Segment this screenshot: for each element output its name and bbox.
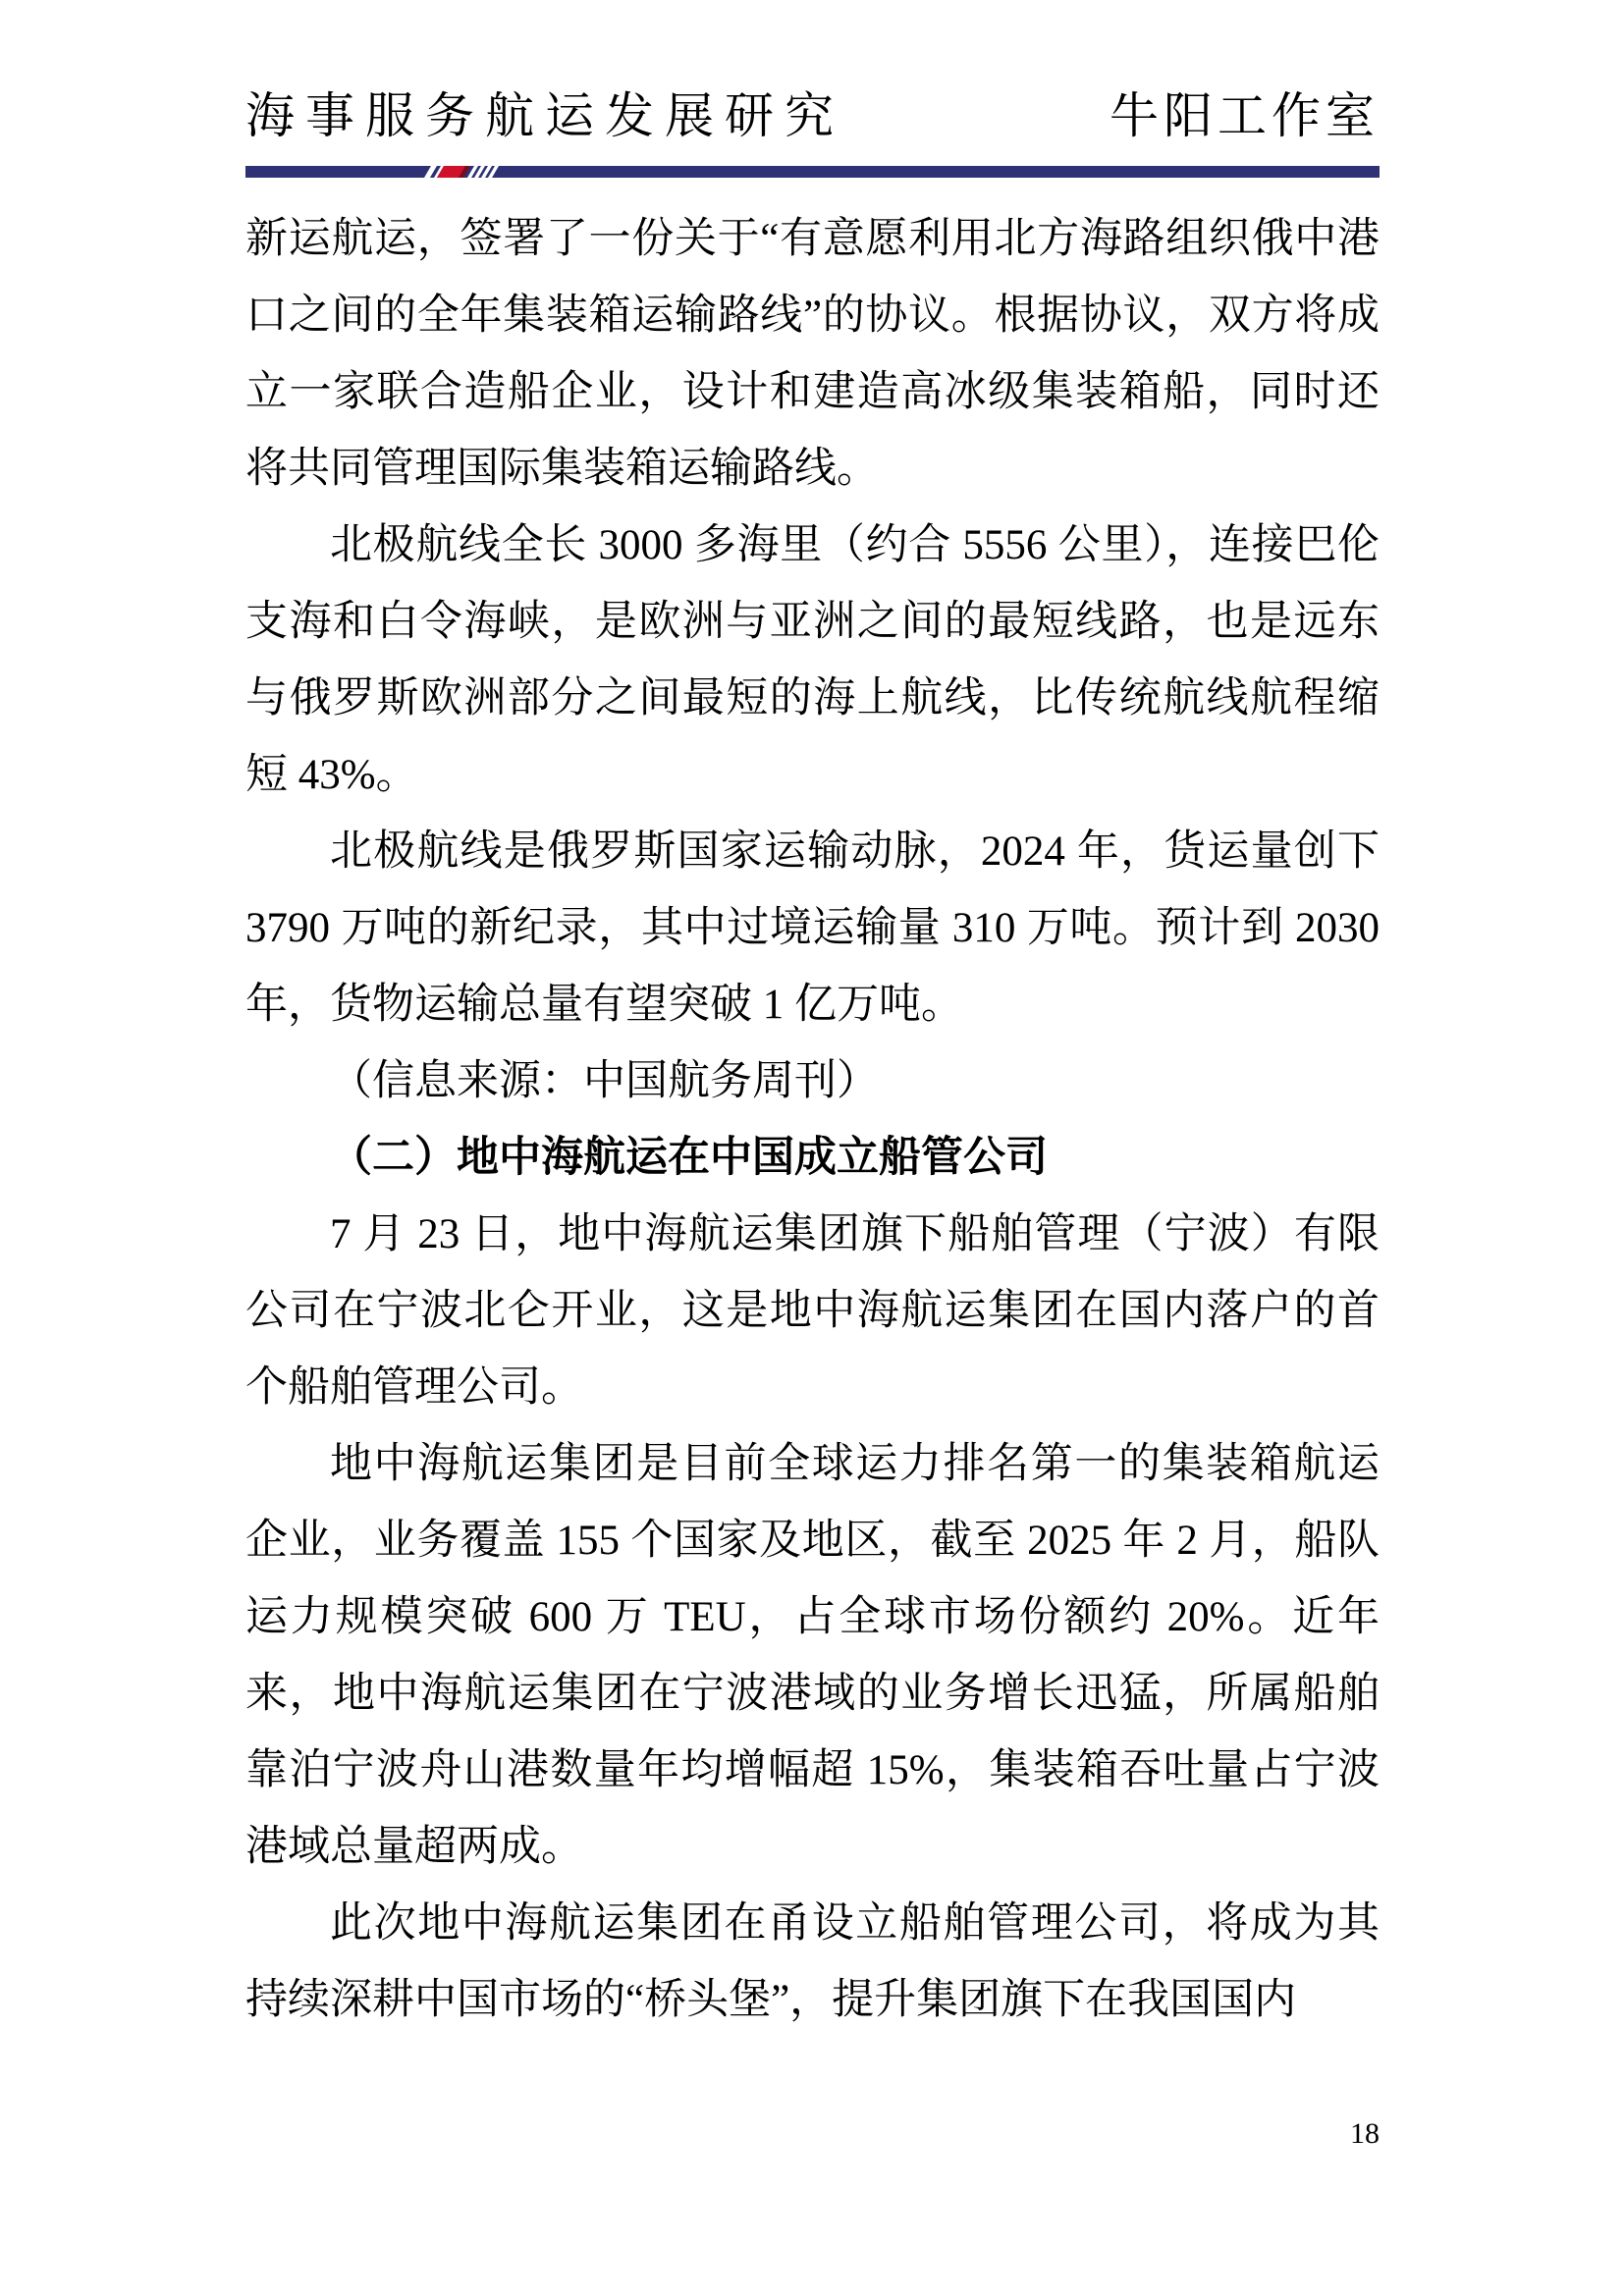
- header-left-title: 海事服务航运发展研究: [245, 86, 844, 145]
- paragraph-msc-bridgehead: 此次地中海航运集团在甬设立船舶管理公司，将成为其持续深耕中国市场的“桥头堡”，提…: [245, 1886, 1380, 2039]
- document-page: 海事服务航运发展研究 牛阳工作室 新运航运，签署了一份关于“有意愿利用北方海路组…: [0, 0, 1624, 2296]
- header-right-title: 牛阳工作室: [1110, 86, 1380, 145]
- header-rule: [245, 166, 1380, 178]
- paragraph-continuation: 新运航运，签署了一份关于“有意愿利用北方海路组织俄中港口之间的全年集装箱运输路线…: [245, 201, 1380, 507]
- paragraph-arctic-route-volume: 北极航线是俄罗斯国家运输动脉，2024 年，货运量创下 3790 万吨的新纪录，…: [245, 814, 1380, 1043]
- header-accent-stripes-icon: [420, 166, 514, 178]
- paragraph-msc-profile: 地中海航运集团是目前全球运力排名第一的集装箱航运企业，业务覆盖 155 个国家及…: [245, 1426, 1380, 1886]
- page-header: 海事服务航运发展研究 牛阳工作室: [245, 86, 1380, 145]
- section-heading: （二）地中海航运在中国成立船管公司: [245, 1120, 1380, 1197]
- source-line: （信息来源：中国航务周刊）: [245, 1043, 1380, 1120]
- document-body: 新运航运，签署了一份关于“有意愿利用北方海路组织俄中港口之间的全年集装箱运输路线…: [245, 201, 1380, 2039]
- paragraph-arctic-route-length: 北极航线全长 3000 多海里（约合 5556 公里），连接巴伦支海和白令海峡，…: [245, 507, 1380, 814]
- page-number: 18: [1350, 2116, 1380, 2152]
- paragraph-msc-ningbo-opening: 7 月 23 日，地中海航运集团旗下船舶管理（宁波）有限公司在宁波北仑开业，这是…: [245, 1197, 1380, 1426]
